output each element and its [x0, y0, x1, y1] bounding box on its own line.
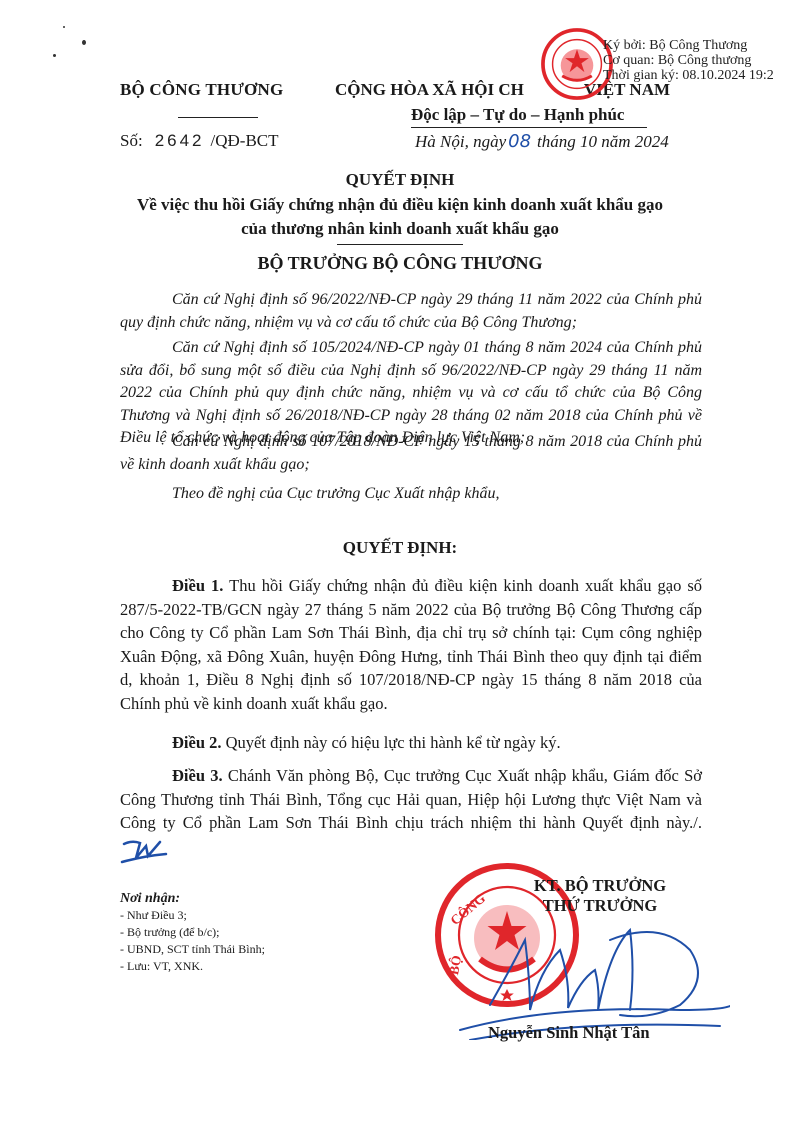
issuing-organization: BỘ CÔNG THƯƠNG — [120, 80, 283, 100]
handwritten-day: 08 — [508, 131, 531, 152]
signing-time: Thời gian ký: 08.10.2024 19:2 — [603, 68, 774, 83]
article-2: Điều 2. Quyết định này có hiệu lực thi h… — [120, 732, 702, 755]
article-1: Điều 1. Thu hồi Giấy chứng nhận đủ điều … — [120, 574, 702, 716]
signed-by: Ký bởi: Bộ Công Thương — [603, 38, 774, 53]
national-title: CỘNG HÒA XÃ HỘI CHVIỆT NAM — [335, 80, 670, 100]
document-type: QUYẾT ĐỊNH — [0, 170, 800, 190]
divider — [178, 117, 258, 118]
recipients-list: Nơi nhận: - Như Điều 3; - Bộ trưởng (để … — [120, 890, 265, 975]
scan-speck — [82, 40, 86, 45]
signature-title-1: KT. BỘ TRƯỞNG — [500, 876, 700, 896]
subject-line-1: Về việc thu hồi Giấy chứng nhận đủ điều … — [0, 195, 800, 215]
signer-name: Nguyễn Sinh Nhật Tân — [488, 1023, 650, 1043]
handwritten-signature-icon — [430, 910, 730, 1040]
preamble-clause: Căn cứ Nghị định số 96/2022/NĐ-CP ngày 2… — [120, 289, 702, 334]
article-3: Điều 3. Chánh Văn phòng Bộ, Cục trưởng C… — [120, 764, 702, 864]
digital-signature-info: Ký bởi: Bộ Công Thương Cơ quan: Bộ Công … — [603, 38, 774, 83]
signing-agency: Cơ quan: Bộ Công thương — [603, 53, 774, 68]
place-and-date: Hà Nội, ngày08tháng 10 năm 2024 — [415, 131, 669, 152]
divider — [337, 244, 463, 245]
initial-paraph-icon — [120, 836, 170, 864]
divider — [411, 127, 647, 128]
doc-number-handwritten: 2642 — [155, 131, 205, 150]
recipient-item: - Như Điều 3; — [120, 907, 265, 924]
preamble-clause: Căn cứ Nghị định số 107/2018/NĐ-CP ngày … — [120, 431, 702, 476]
issuing-authority: BỘ TRƯỞNG BỘ CÔNG THƯƠNG — [0, 253, 800, 274]
recipient-item: - Lưu: VT, XNK. — [120, 958, 265, 975]
recipients-heading: Nơi nhận: — [120, 890, 265, 907]
recipient-item: - UBND, SCT tỉnh Thái Bình; — [120, 941, 265, 958]
subject-line-2: của thương nhân kinh doanh xuất khẩu gạo — [0, 219, 800, 239]
national-motto: Độc lập – Tự do – Hạnh phúc — [411, 105, 624, 125]
doc-number-label: Số: — [120, 131, 143, 150]
scan-speck — [53, 54, 56, 57]
preamble-clause: Theo đề nghị của Cục trưởng Cục Xuất nhậ… — [120, 483, 702, 506]
recipient-item: - Bộ trưởng (để b/c); — [120, 924, 265, 941]
decision-heading: QUYẾT ĐỊNH: — [0, 538, 800, 558]
scan-speck — [63, 26, 65, 28]
doc-number-suffix: /QĐ-BCT — [211, 131, 279, 150]
document-number: Số:2642/QĐ-BCT — [120, 131, 279, 151]
